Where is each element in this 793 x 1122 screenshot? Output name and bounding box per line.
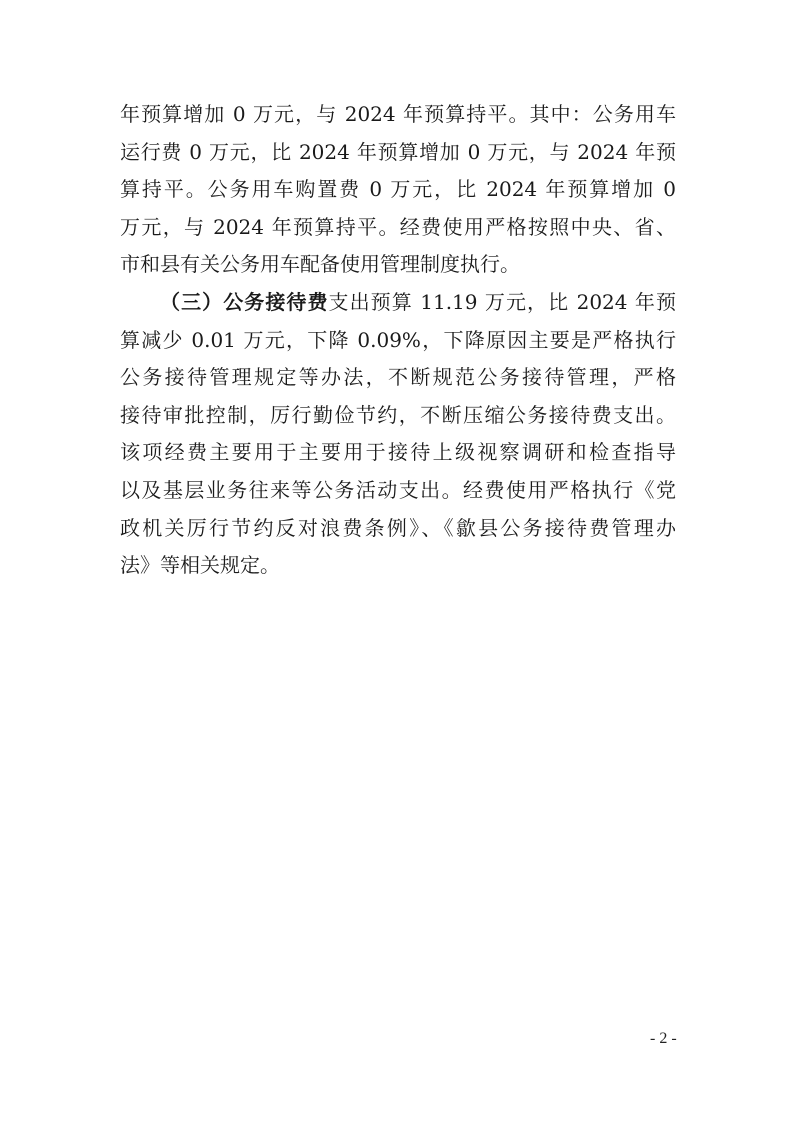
paragraph-2-line-6: 以及基层业务往来等公务活动支出。经费使用严格执行《党 bbox=[120, 472, 676, 510]
section-number: （三） bbox=[160, 290, 223, 314]
paragraph-1-line-4: 万元，与 2024 年预算持平。经费使用严格按照中央、省、 bbox=[120, 209, 676, 247]
page-number: - 2 - bbox=[650, 1030, 677, 1048]
section-heading: 公务接待费 bbox=[223, 290, 328, 314]
paragraph-2-line-2: 算减少 0.01 万元，下降 0.09%，下降原因主要是严格执行 bbox=[120, 322, 676, 360]
paragraph-1-line-2: 运行费 0 万元，比 2024 年预算增加 0 万元，与 2024 年预 bbox=[120, 134, 676, 172]
paragraph-1-line-1: 年预算增加 0 万元，与 2024 年预算持平。其中：公务用车 bbox=[120, 96, 676, 134]
paragraph-1-line-3: 算持平。公务用车购置费 0 万元，比 2024 年预算增加 0 bbox=[120, 171, 676, 209]
document-page: 年预算增加 0 万元，与 2024 年预算持平。其中：公务用车 运行费 0 万元… bbox=[120, 96, 676, 585]
paragraph-2-line-3: 公务接待管理规定等办法，不断规范公务接待管理，严格 bbox=[120, 359, 676, 397]
paragraph-2-line-7: 政机关厉行节约反对浪费条例》、《歙县公务接待费管理办 bbox=[120, 510, 676, 548]
paragraph-2-line-8: 法》等相关规定。 bbox=[120, 547, 676, 585]
paragraph-2-line-4: 接待审批控制，厉行勤俭节约，不断压缩公务接待费支出。 bbox=[120, 397, 676, 435]
paragraph-1-line-5: 市和县有关公务用车配备使用管理制度执行。 bbox=[120, 246, 676, 284]
heading-line-text: 支出预算 11.19 万元，比 2024 年预 bbox=[329, 290, 676, 314]
paragraph-2-heading-line: （三）公务接待费支出预算 11.19 万元，比 2024 年预 bbox=[120, 284, 676, 322]
paragraph-2-line-5: 该项经费主要用于主要用于接待上级视察调研和检查指导 bbox=[120, 434, 676, 472]
